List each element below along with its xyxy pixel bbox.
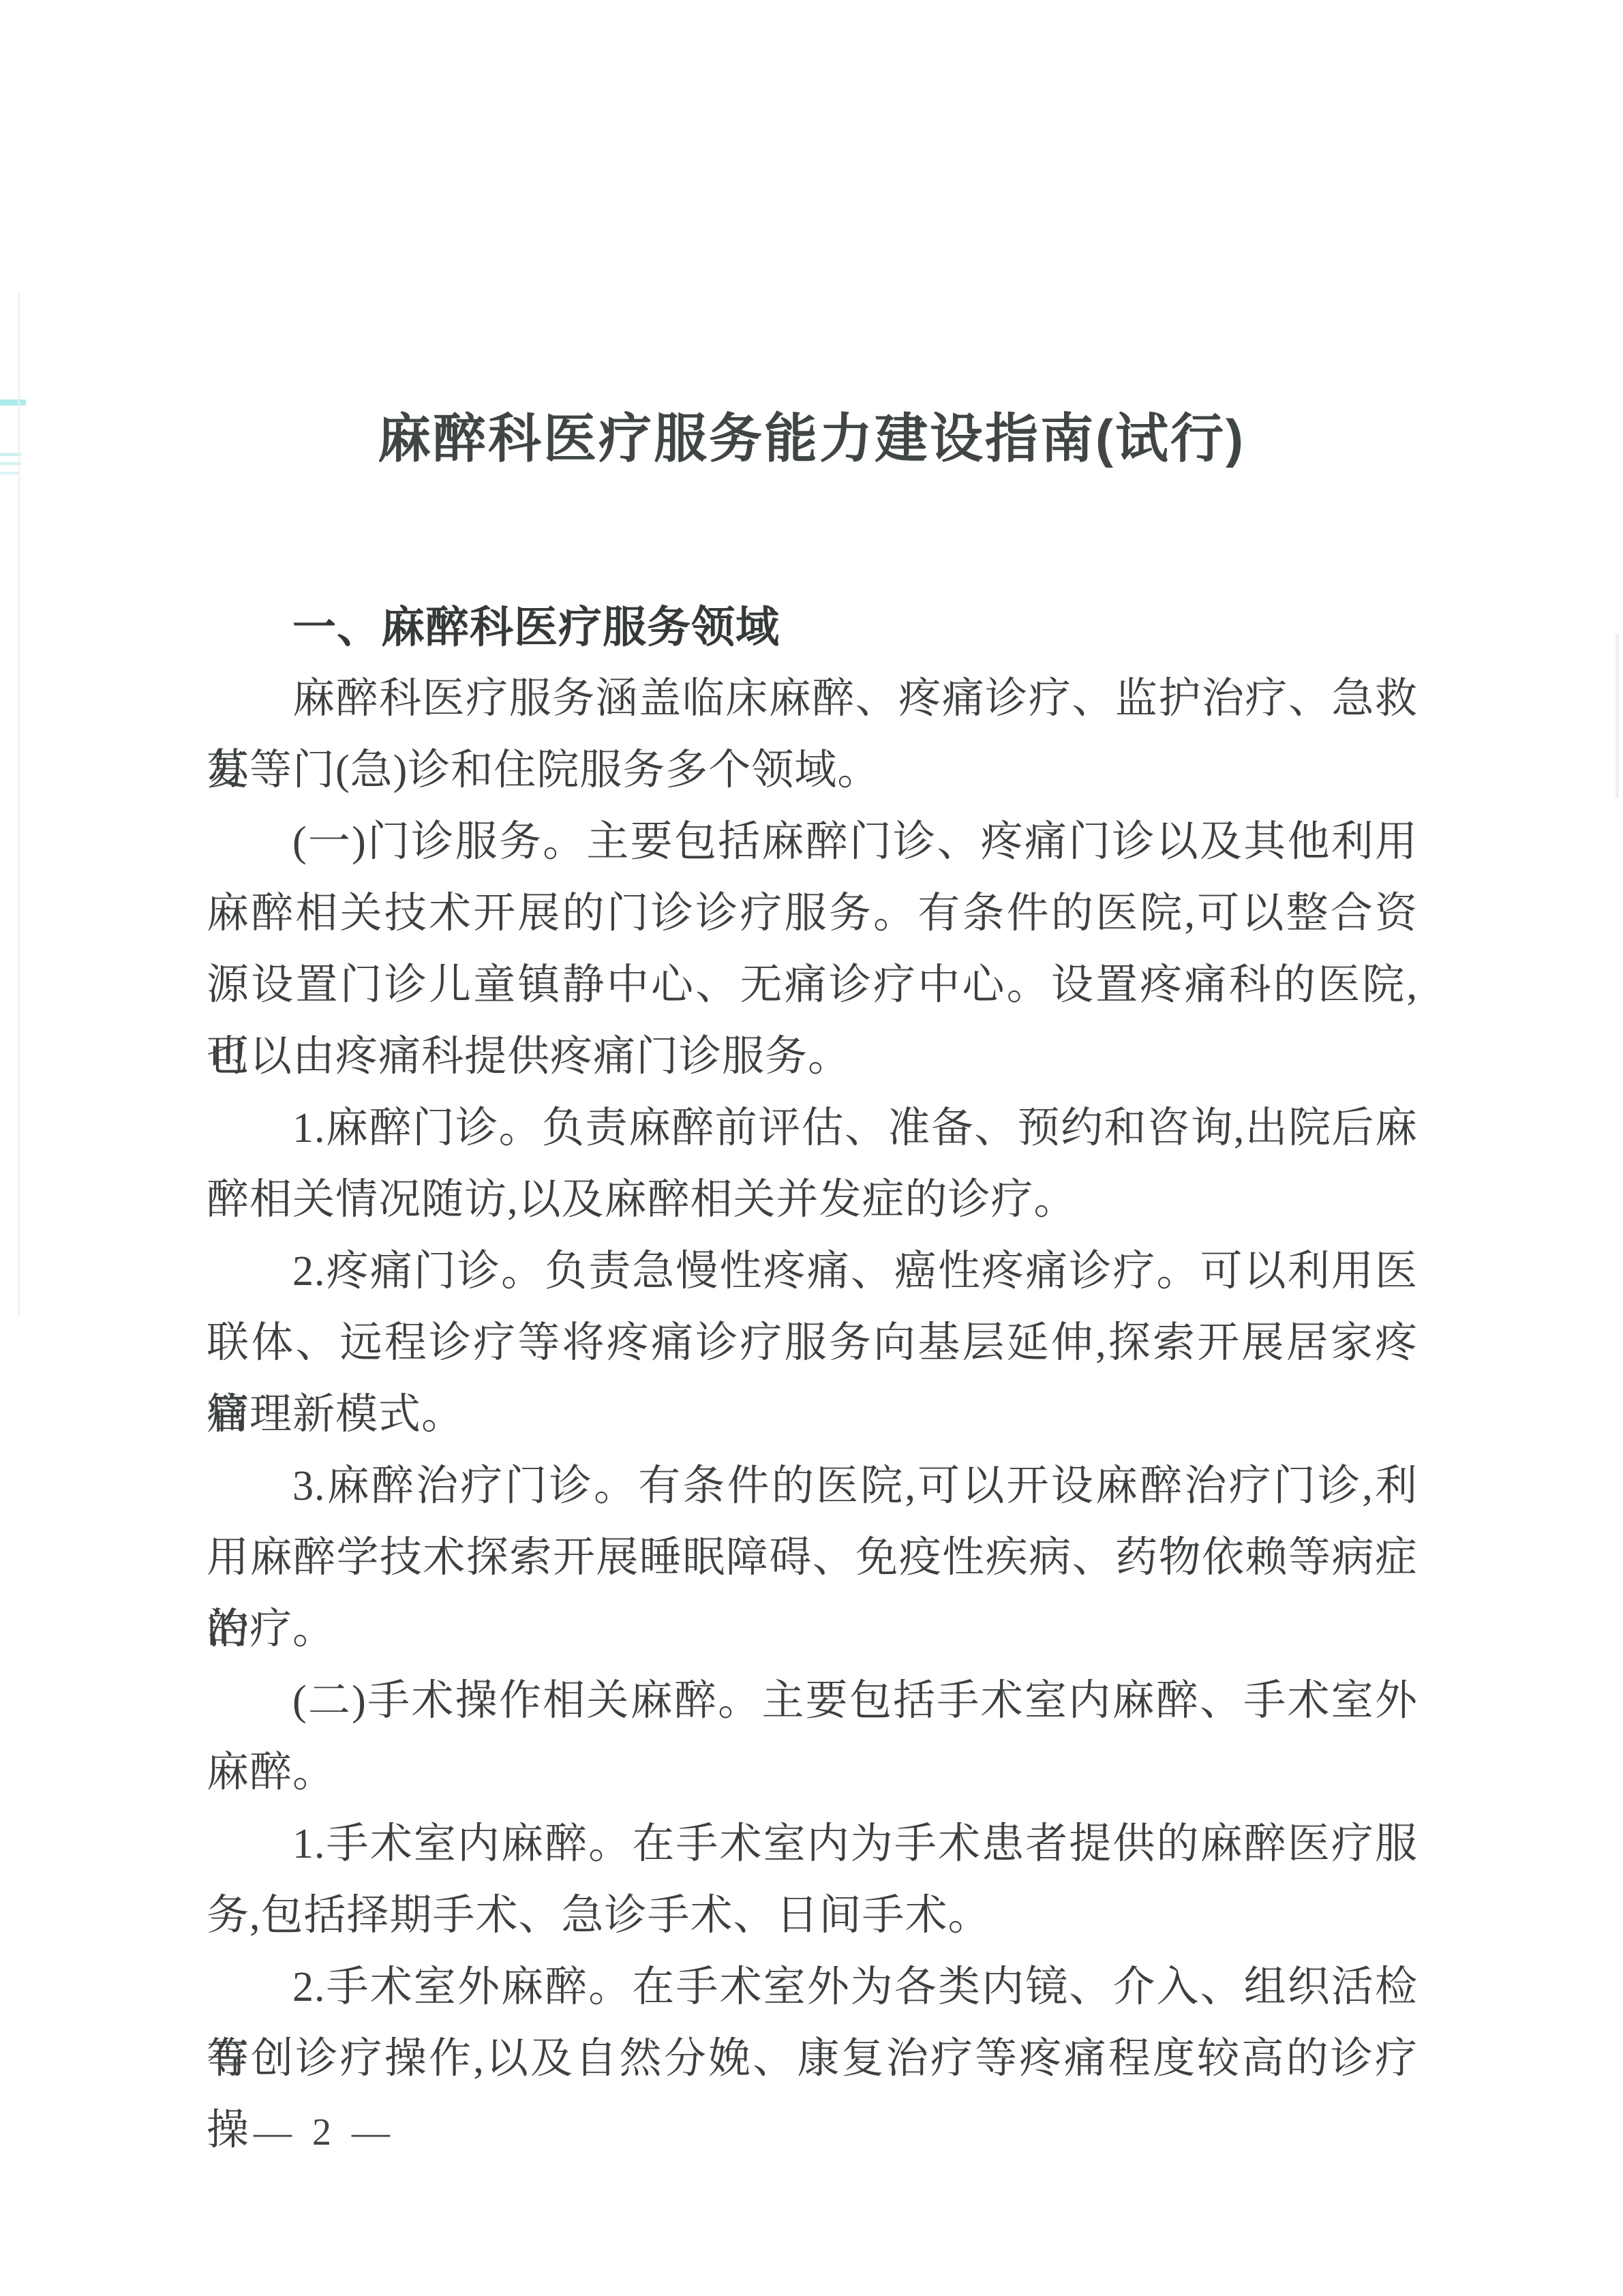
text-line: 麻醉相关技术开展的门诊诊疗服务。有条件的医院,可以整合资 — [207, 878, 1418, 950]
text-line: 治疗。 — [207, 1594, 1418, 1665]
text-line: 1.手术室内麻醉。在手术室内为手术患者提供的麻醉医疗服 — [207, 1809, 1418, 1880]
document-title: 麻醉科医疗服务能力建设指南(试行) — [0, 401, 1623, 476]
section-heading: 一、麻醉科医疗服务领域 — [207, 592, 1418, 663]
text-line: 麻醉。 — [207, 1737, 1418, 1809]
document-body: 一、麻醉科医疗服务领域 麻醉科医疗服务涵盖临床麻醉、疼痛诊疗、监护治疗、急救复 … — [207, 592, 1418, 2095]
text-line: 用麻醉学技术探索开展睡眠障碍、免疫性疾病、药物依赖等病症的 — [207, 1522, 1418, 1594]
text-line: 醉相关情况随访,以及麻醉相关并发症的诊疗。 — [207, 1164, 1418, 1236]
text-line: 源设置门诊儿童镇静中心、无痛诊疗中心。设置疼痛科的医院,也 — [207, 950, 1418, 1021]
text-line: 苏等门(急)诊和住院服务多个领域。 — [207, 735, 1418, 806]
text-line: 麻醉科医疗服务涵盖临床麻醉、疼痛诊疗、监护治疗、急救复 — [207, 663, 1418, 735]
text-line: 有创诊疗操作,以及自然分娩、康复治疗等疼痛程度较高的诊疗操 — [207, 2023, 1418, 2095]
text-line: (二)手术操作相关麻醉。主要包括手术室内麻醉、手术室外 — [207, 1665, 1418, 1737]
text-line: (一)门诊服务。主要包括麻醉门诊、疼痛门诊以及其他利用 — [207, 806, 1418, 878]
text-line: 3.麻醉治疗门诊。有条件的医院,可以开设麻醉治疗门诊,利 — [207, 1451, 1418, 1522]
text-line: 可以由疼痛科提供疼痛门诊服务。 — [207, 1021, 1418, 1093]
document-page: 麻醉科医疗服务能力建设指南(试行) 一、麻醉科医疗服务领域 麻醉科医疗服务涵盖临… — [0, 0, 1623, 2296]
page-number: — 2 — — [254, 2105, 395, 2160]
text-line: 管理新模式。 — [207, 1379, 1418, 1451]
text-line: 2.手术室外麻醉。在手术室外为各类内镜、介入、组织活检等 — [207, 1952, 1418, 2023]
scan-artifact-edge-mark — [1616, 634, 1619, 798]
text-line: 务,包括择期手术、急诊手术、日间手术。 — [207, 1880, 1418, 1952]
text-line: 2.疼痛门诊。负责急慢性疼痛、癌性疼痛诊疗。可以利用医 — [207, 1236, 1418, 1308]
text-line: 联体、远程诊疗等将疼痛诊疗服务向基层延伸,探索开展居家疼痛 — [207, 1308, 1418, 1379]
text-line: 1.麻醉门诊。负责麻醉前评估、准备、预约和咨询,出院后麻 — [207, 1093, 1418, 1164]
